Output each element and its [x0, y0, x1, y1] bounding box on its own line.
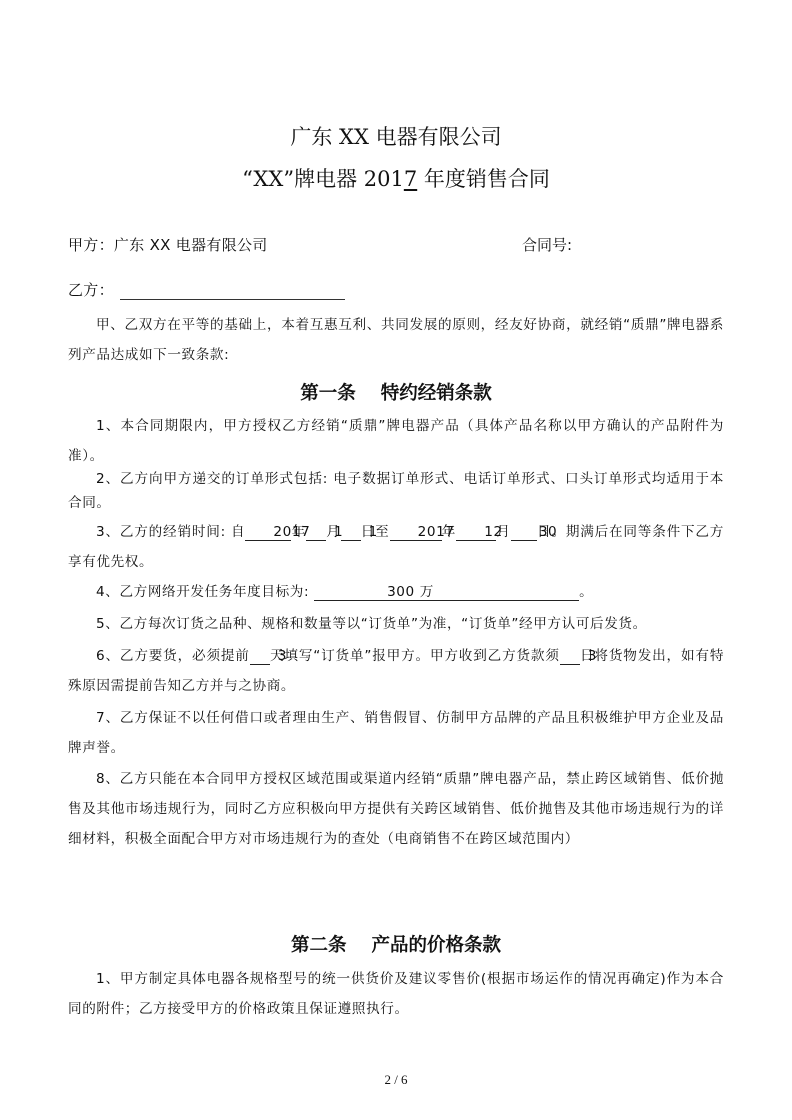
clause-1-4-suffix: 。	[579, 584, 593, 600]
year-label: 年	[442, 524, 457, 540]
month-label: 月	[496, 524, 511, 540]
company-title: 广东 XX 电器有限公司	[0, 121, 792, 151]
contract-title-year-digit: 7	[404, 167, 417, 191]
clause-1-3: 3、乙方的经销时间: 自2017年1月1日至2017年12月30日。期满后在同等…	[68, 517, 724, 577]
start-month-field[interactable]: 1	[306, 524, 326, 541]
party-b-blank-field[interactable]	[120, 285, 345, 300]
document-page: 广东 XX 电器有限公司 “XX”牌电器 2017 年度销售合同 甲方：广东 X…	[0, 0, 792, 1120]
annual-target-field[interactable]: 300 万	[314, 584, 579, 601]
party-a-label: 甲方：	[68, 236, 114, 254]
clause-1-7: 7、乙方保证不以任何借口或者理由生产、销售假冒、仿制甲方品牌的产品且积极维护甲方…	[68, 703, 724, 763]
page-number: 2 / 6	[0, 1072, 792, 1088]
party-a-value: 广东 XX 电器有限公司	[114, 236, 268, 254]
clause-1-6-prefix: 6、乙方要货，必须提前	[96, 648, 250, 664]
year-label: 年	[291, 524, 306, 540]
end-day-field[interactable]: 30	[511, 524, 537, 541]
annual-target-value: 300 万	[387, 584, 434, 600]
start-day-field[interactable]: 1	[341, 524, 361, 541]
contract-title-suffix: 年度销售合同	[417, 167, 550, 191]
party-b-label: 乙方：	[68, 281, 114, 299]
month-label: 月	[326, 524, 341, 540]
clause-2-1: 1、甲方制定具体电器各规格型号的统一供货价及建议零售价(根据市场运作的情况再确定…	[68, 964, 724, 1024]
clause-1-1: 1、本合同期限内，甲方授权乙方经销“质鼎”牌电器产品（具体产品名称以甲方确认的产…	[68, 411, 724, 471]
clause-1-2: 2、乙方向甲方递交的订单形式包括: 电子数据订单形式、电话订单形式、口头订单形式…	[68, 467, 724, 515]
clause-1-6-middle: 天填写“订货单”报甲方。甲方收到乙方货款须	[270, 648, 560, 664]
contract-title: “XX”牌电器 2017 年度销售合同	[0, 163, 792, 193]
clause-1-5: 5、乙方每次订货之品种、规格和数量等以“订货单”为准，“订货单”经甲方认可后发货…	[68, 609, 724, 639]
start-year-field[interactable]: 2017	[245, 524, 291, 541]
section-1-heading: 第一条 特约经销条款	[0, 379, 792, 405]
contract-number-label: 合同号:	[522, 234, 572, 255]
clause-1-3-prefix: 3、乙方的经销时间: 自	[96, 524, 245, 540]
clause-1-6: 6、乙方要货，必须提前3天填写“订货单”报甲方。甲方收到乙方货款须3日将货物发出…	[68, 641, 724, 701]
clause-1-8: 8、乙方只能在本合同甲方授权区域范围或渠道内经销“质鼎”牌电器产品，禁止跨区域销…	[68, 764, 724, 854]
clause-1-4: 4、乙方网络开发任务年度目标为: 300 万。	[68, 577, 724, 607]
order-days-field[interactable]: 3	[250, 648, 270, 665]
end-month-field[interactable]: 12	[456, 524, 496, 541]
contract-title-prefix: “XX”牌电器 201	[242, 167, 404, 191]
section-2-heading: 第二条 产品的价格条款	[0, 931, 792, 957]
end-year-field[interactable]: 2017	[390, 524, 442, 541]
to-label: 日至	[361, 524, 390, 540]
ship-days-field[interactable]: 3	[560, 648, 580, 665]
party-a-line: 甲方：广东 XX 电器有限公司	[68, 234, 268, 255]
clause-1-4-prefix: 4、乙方网络开发任务年度目标为:	[96, 584, 309, 600]
party-b-line: 乙方：	[68, 279, 345, 300]
preamble-paragraph: 甲、乙双方在平等的基础上，本着互惠互利、共同发展的原则，经友好协商，就经销“质鼎…	[68, 310, 724, 370]
